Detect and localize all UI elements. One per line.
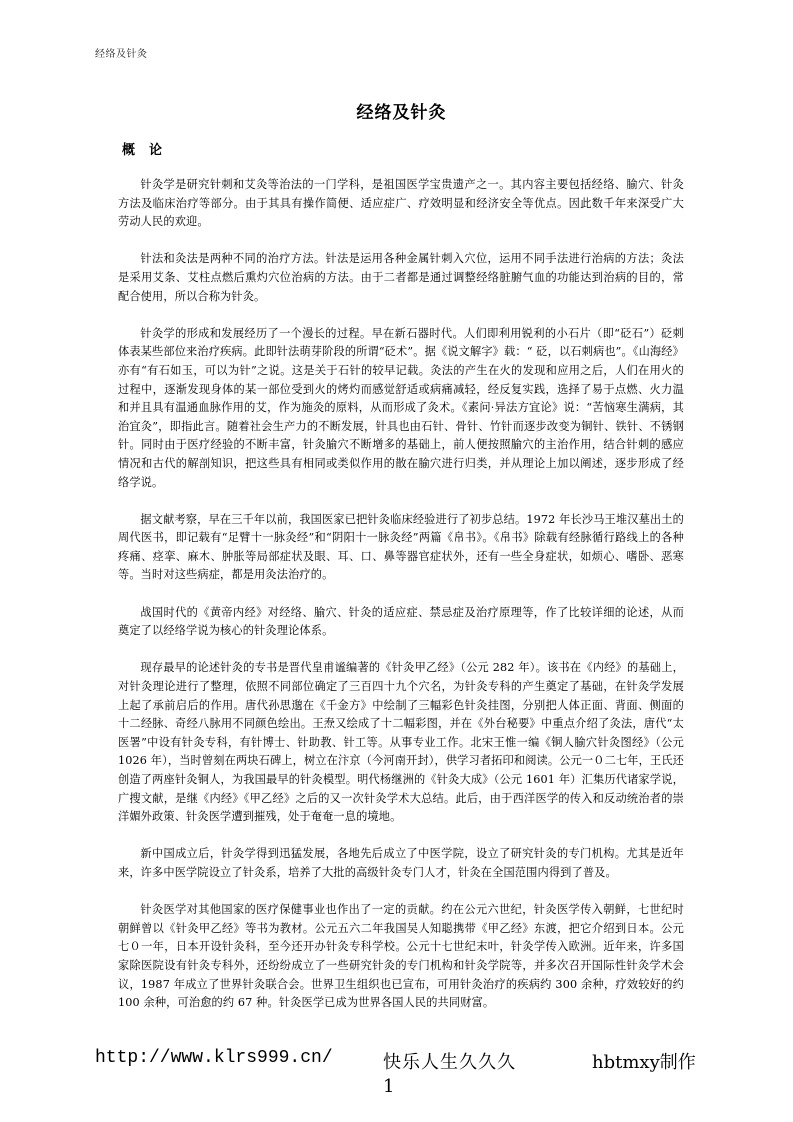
footer-maker-credit: hbtmxy制作 (592, 1048, 696, 1074)
paragraph-early-records: 据文献考察，早在三千年以前，我国医家已把针灸临床经验进行了初步总结。1972 年… (118, 511, 684, 585)
footer-slogan: 快乐人生久久久 (383, 1048, 516, 1074)
paragraph-origins: 针灸学的形成和发展经历了一个漫长的过程。早在新石器时代。人们即利用锐利的小石片（… (118, 325, 684, 492)
running-header: 经络及针灸 (95, 45, 148, 60)
section-heading: 概论 (122, 139, 162, 158)
document-title: 经络及针灸 (0, 98, 793, 123)
paragraph-international: 针灸医学对其他国家的医疗保健事业也作出了一定的贡献。约在公元六世纪，针灸医学传入… (118, 901, 684, 1013)
footer-url-link[interactable]: http://www.klrs999.cn/ (95, 1048, 333, 1068)
paragraph-huangdi-neijing: 战国时代的《黄帝内经》对经络、腧穴、针灸的适应症、禁忌症及治疗原理等，作了比较详… (118, 604, 684, 641)
paragraph-methods: 针法和灸法是两种不同的治疗方法。针法是运用各种金属针刺入穴位，运用不同手法进行治… (118, 250, 684, 306)
paragraph-intro: 针灸学是研究针刺和艾灸等治法的一门学科，是祖国医学宝贵遗产之一。其内容主要包括经… (118, 176, 684, 232)
page-number: 1 (383, 1076, 394, 1097)
document-body: 针灸学是研究针刺和艾灸等治法的一门学科，是祖国医学宝贵遗产之一。其内容主要包括经… (118, 176, 684, 1031)
paragraph-modern-china: 新中国成立后，针灸学得到迅猛发展，各地先后成立了中医学院，设立了研究针灸的专门机… (118, 845, 684, 882)
section-heading-char-2: 论 (149, 143, 162, 158)
paragraph-classic-texts: 现存最早的论述针灸的专书是晋代皇甫谧编著的《针灸甲乙经》（公元 282 年）。该… (118, 659, 684, 826)
section-heading-char-1: 概 (122, 143, 135, 158)
